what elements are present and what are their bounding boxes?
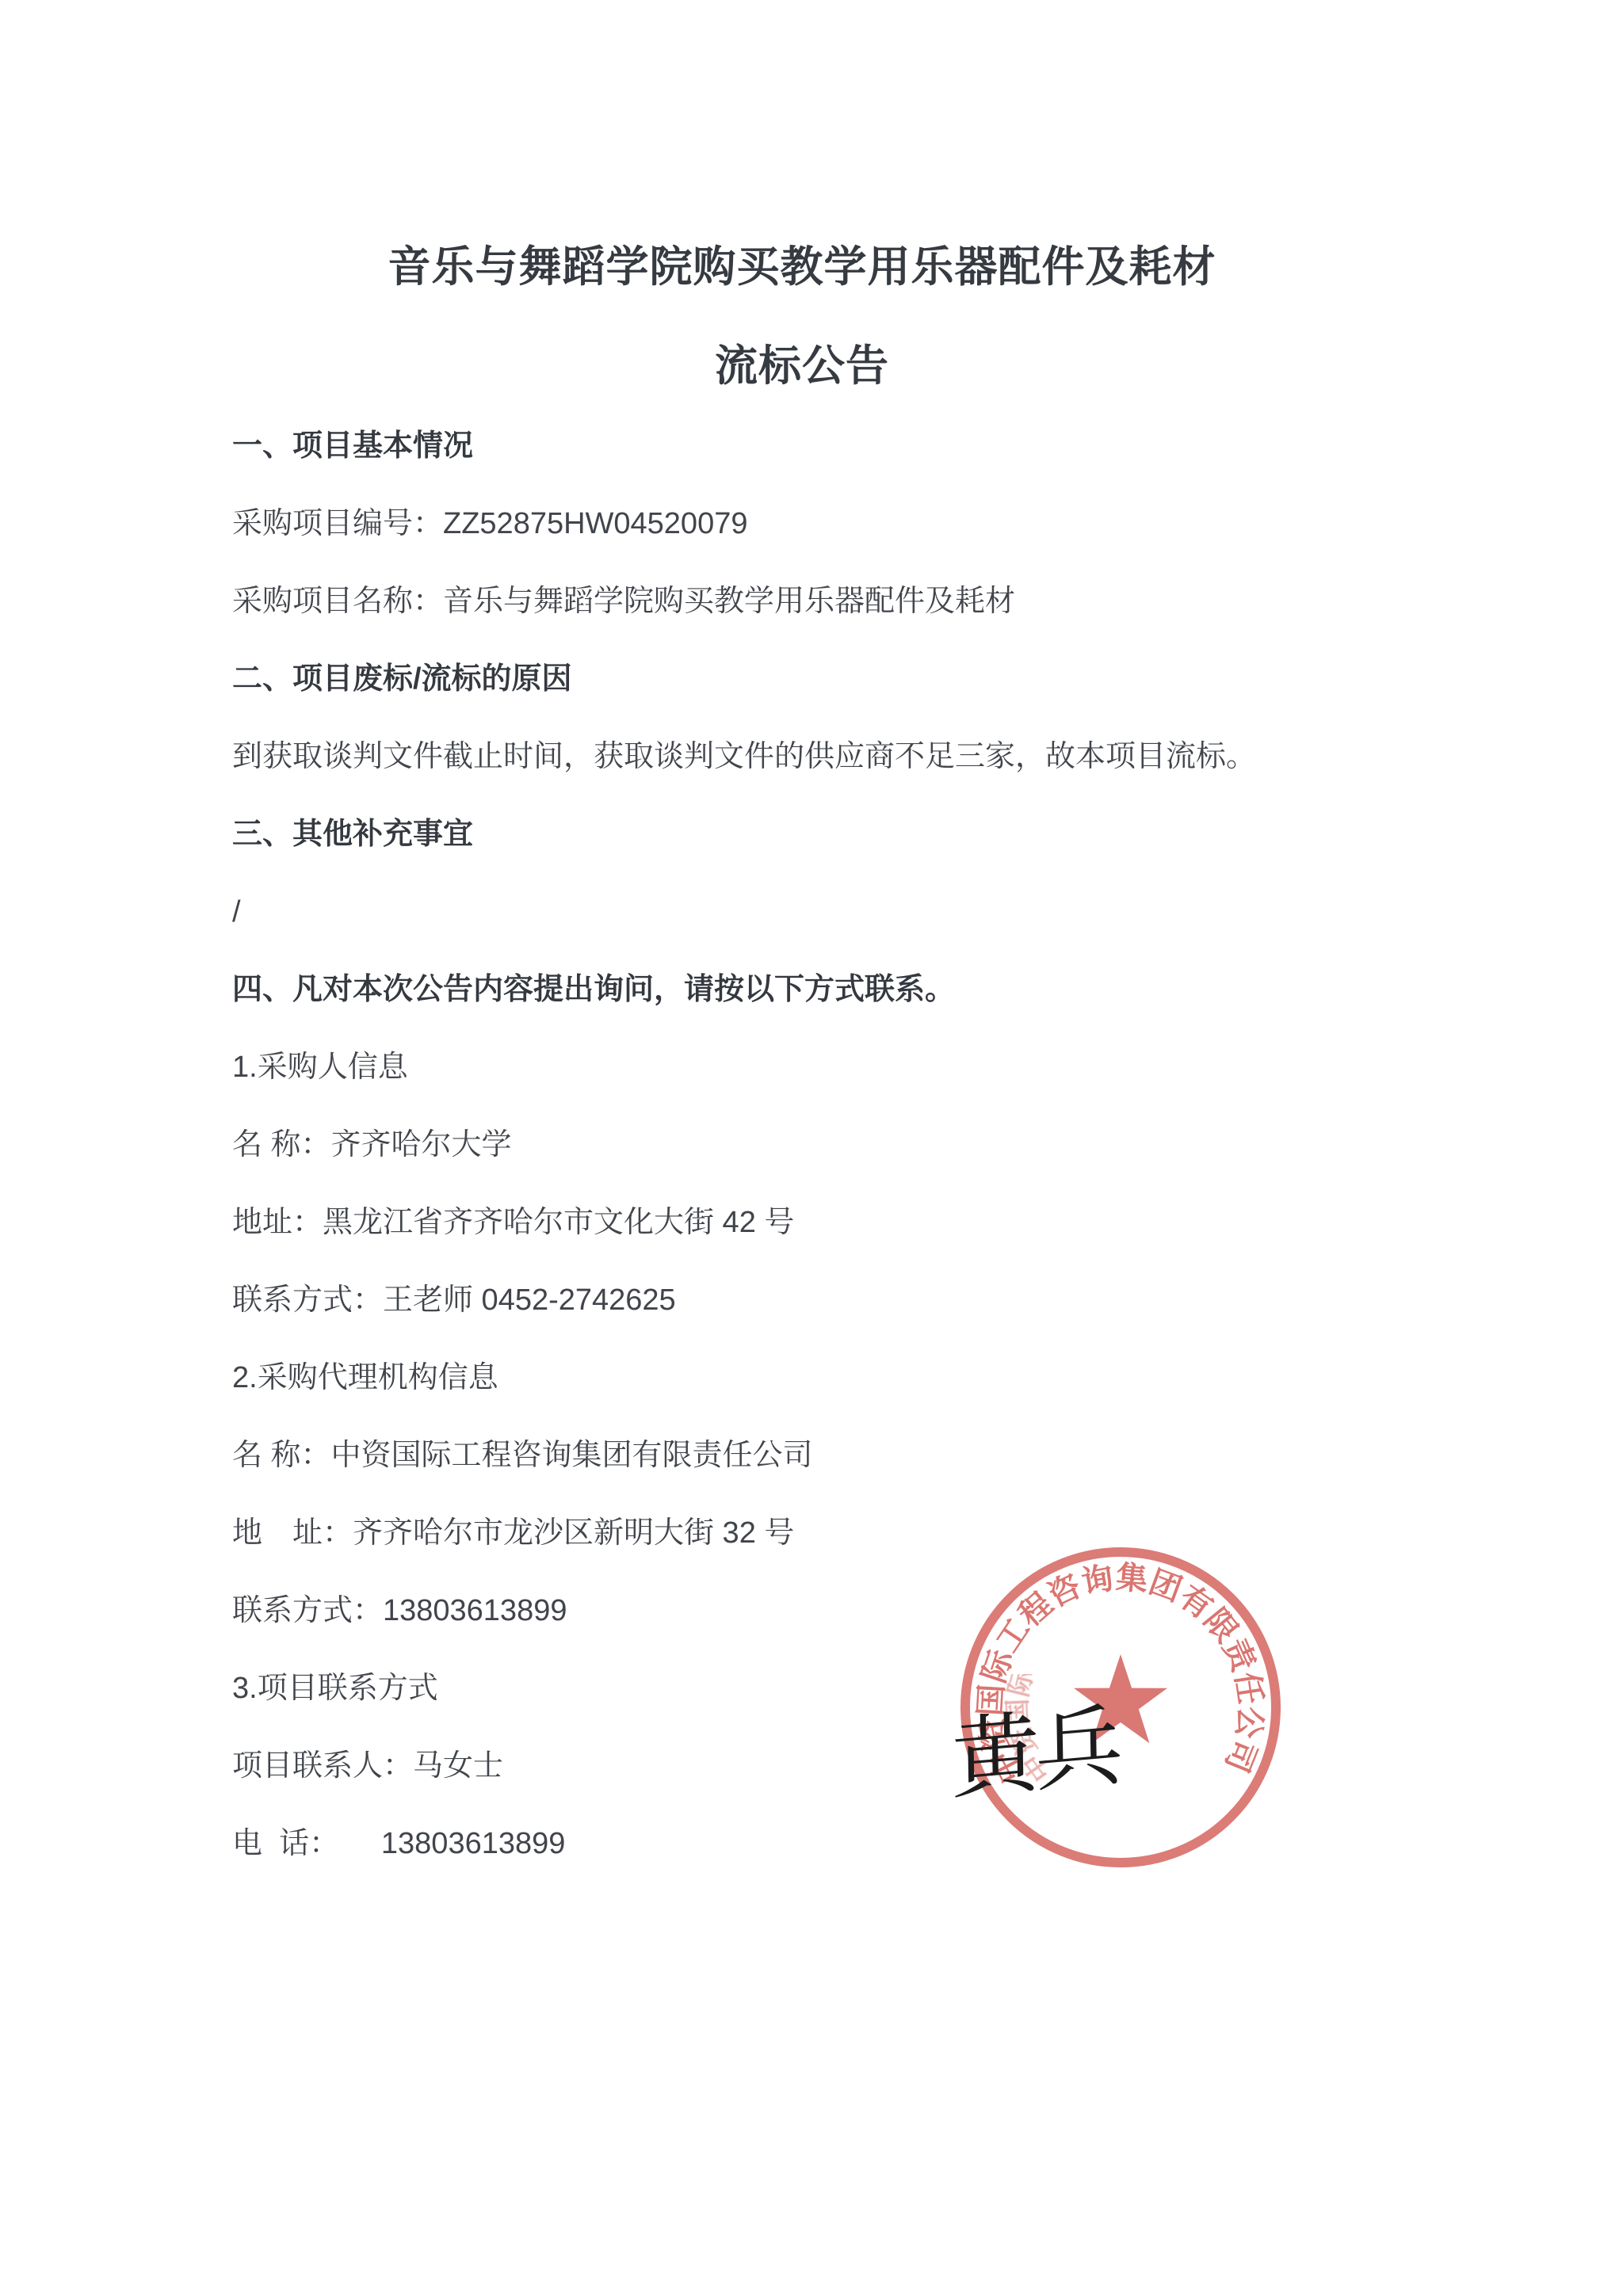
company-seal: 中资国际工程咨询集团有限责任公司 中资国际工程咨询集团有限责任公司 黄兵 bbox=[954, 1541, 1287, 1874]
buyer-contact-line: 联系方式：王老师 0452-2742625 bbox=[232, 1280, 1372, 1320]
document-title: 音乐与舞蹈学院购买教学用乐器配件及耗材 bbox=[232, 242, 1372, 292]
buyer-info-label: 1.采购人信息 bbox=[232, 1047, 1372, 1087]
section-1-heading: 一、项目基本情况 bbox=[232, 426, 1372, 466]
failure-reason-line: 到获取谈判文件截止时间，获取谈判文件的供应商不足三家，故本项目流标。 bbox=[232, 737, 1372, 776]
section-3-heading: 三、其他补充事宜 bbox=[232, 814, 1372, 854]
agency-name-line: 名 称：中资国际工程咨询集团有限责任公司 bbox=[232, 1436, 1372, 1475]
supplement-content-line: / bbox=[232, 892, 1372, 932]
buyer-name-line: 名 称：齐齐哈尔大学 bbox=[232, 1125, 1372, 1165]
buyer-address-line: 地址：黑龙江省齐齐哈尔市文化大街 42 号 bbox=[232, 1203, 1372, 1242]
section-4-heading: 四、凡对本次公告内容提出询问，请按以下方式联系。 bbox=[232, 970, 1372, 1009]
agency-info-label: 2.采购代理机构信息 bbox=[232, 1358, 1372, 1398]
project-number-line: 采购项目编号：ZZ52875HW04520079 bbox=[232, 504, 1372, 543]
section-2-heading: 二、项目废标/流标的原因 bbox=[232, 659, 1372, 699]
project-name-line: 采购项目名称：音乐与舞蹈学院购买教学用乐器配件及耗材 bbox=[232, 582, 1372, 621]
document-subtitle: 流标公告 bbox=[232, 341, 1372, 391]
handwritten-signature: 黄兵 bbox=[950, 1702, 1119, 1806]
